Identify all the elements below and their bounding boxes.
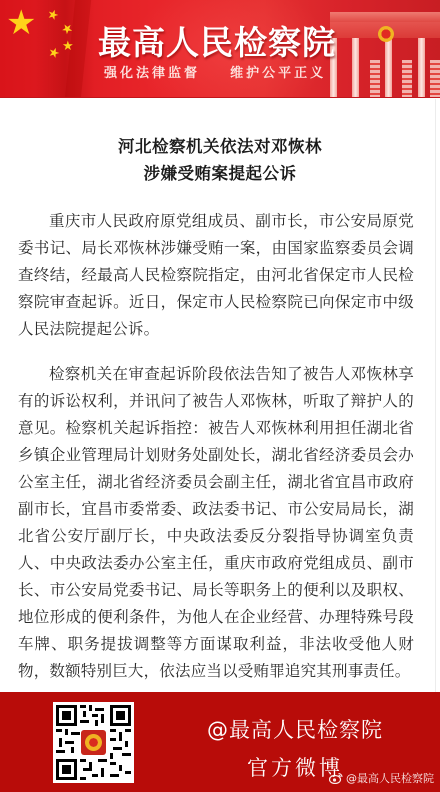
header-banner: ★ ★ ★ ★ ★ 最高人民检察院 强化法律监督 维护公平正义: [0, 0, 440, 98]
article-title-line-1: 河北检察机关依法对邓恢林: [0, 133, 440, 160]
national-emblem-icon: [378, 26, 394, 42]
flag-big-star-icon: ★: [6, 6, 36, 40]
article-title: 河北检察机关依法对邓恢林 涉嫌受贿案提起公诉: [0, 133, 440, 187]
banner-title: 最高人民检察院: [98, 17, 358, 64]
right-border-line: [435, 99, 436, 692]
banner-slogan: 强化法律监督 维护公平正义: [104, 62, 326, 81]
weibo-watermark: @最高人民检察院: [329, 770, 434, 786]
weibo-icon: [329, 772, 343, 784]
banner-bottom-edge: [0, 97, 440, 98]
procuratorate-emblem-icon: [81, 730, 106, 755]
footer-banner: @最高人民检察院 官方微博 @最高人民检察院: [0, 692, 440, 792]
flag-small-star-icon: ★: [62, 40, 74, 53]
paragraph-2: 检察机关在审查起诉阶段依法告知了被告人邓恢林享有的诉讼权利，并讯问了被告人邓恢林…: [18, 361, 414, 685]
qr-code-icon[interactable]: [53, 702, 134, 783]
article-body: 河北检察机关依法对邓恢林 涉嫌受贿案提起公诉 重庆市人民政府原党组成员、副市长，…: [0, 99, 440, 692]
watermark-text: @最高人民检察院: [346, 770, 434, 786]
article-title-line-2: 涉嫌受贿案提起公诉: [0, 160, 440, 187]
paragraph-1: 重庆市人民政府原党组成员、副市长，市公安局原党委书记、局长邓恢林涉嫌受贿一案，由…: [18, 208, 414, 343]
weibo-account-name: @最高人民检察院: [170, 714, 420, 744]
